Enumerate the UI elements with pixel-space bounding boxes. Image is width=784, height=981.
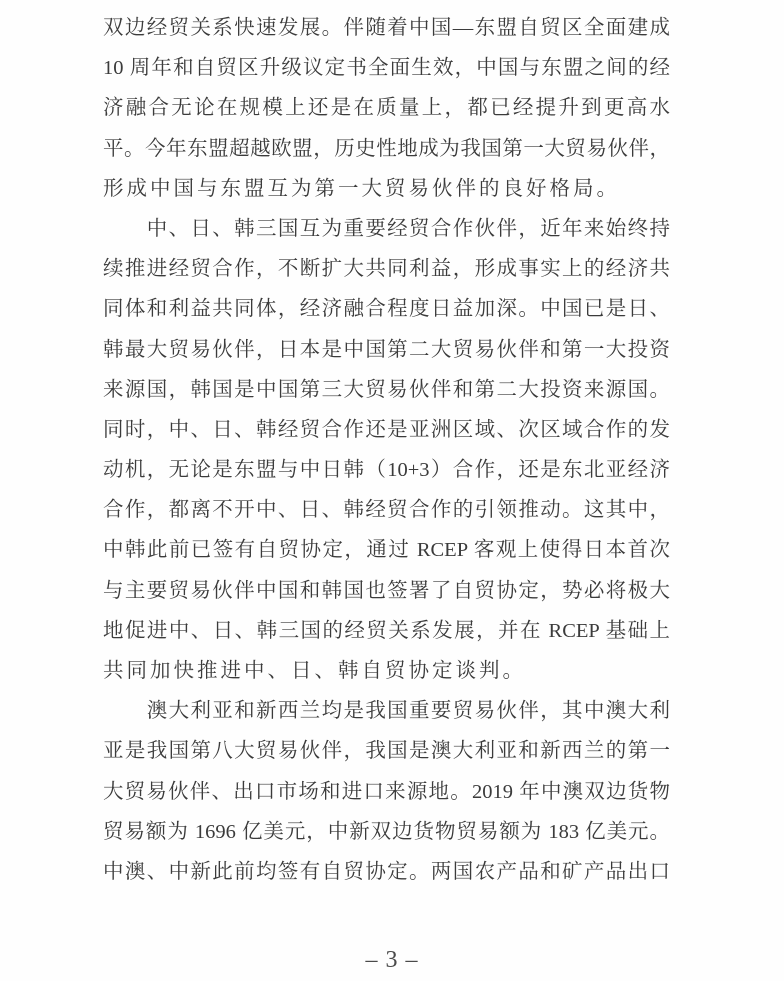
page-number: – 3 – xyxy=(0,946,784,974)
text-line: 同体和利益共同体，经济融合程度日益加深。中国已是日、 xyxy=(103,289,670,329)
text-line: 同时，中、日、韩经贸合作还是亚洲区域、次区域合作的发 xyxy=(103,410,670,450)
text-line: 平。今年东盟超越欧盟，历史性地成为我国第一大贸易伙伴， xyxy=(103,129,670,169)
text-line: 地促进中、日、韩三国的经贸关系发展，并在 RCEP 基础上 xyxy=(103,611,670,651)
text-line: 合作，都离不开中、日、韩经贸合作的引领推动。这其中， xyxy=(103,490,670,530)
text-line: 中澳、中新此前均签有自贸协定。两国农产品和矿产品出口 xyxy=(103,852,670,892)
body-text: 双边经贸关系快速发展。伴随着中国—东盟自贸区全面建成10 周年和自贸区升级议定书… xyxy=(103,8,670,892)
text-line: 大贸易伙伴、出口市场和进口来源地。2019 年中澳双边货物 xyxy=(103,772,670,812)
text-line: 济融合无论在规模上还是在质量上，都已经提升到更高水 xyxy=(103,88,670,128)
text-line: 形成中国与东盟互为第一大贸易伙伴的良好格局。 xyxy=(103,169,670,209)
document-page: 双边经贸关系快速发展。伴随着中国—东盟自贸区全面建成10 周年和自贸区升级议定书… xyxy=(0,0,784,981)
text-line: 来源国，韩国是中国第三大贸易伙伴和第二大投资来源国。 xyxy=(103,370,670,410)
text-line: 中韩此前已签有自贸协定，通过 RCEP 客观上使得日本首次 xyxy=(103,530,670,570)
text-line: 与主要贸易伙伴中国和韩国也签署了自贸协定，势必将极大 xyxy=(103,571,670,611)
text-line: 10 周年和自贸区升级议定书全面生效，中国与东盟之间的经 xyxy=(103,48,670,88)
text-line: 续推进经贸合作，不断扩大共同利益，形成事实上的经济共 xyxy=(103,249,670,289)
text-line: 双边经贸关系快速发展。伴随着中国—东盟自贸区全面建成 xyxy=(103,8,670,48)
text-line: 中、日、韩三国互为重要经贸合作伙伴，近年来始终持 xyxy=(103,209,670,249)
text-line: 动机，无论是东盟与中日韩（10+3）合作，还是东北亚经济 xyxy=(103,450,670,490)
text-line: 韩最大贸易伙伴，日本是中国第二大贸易伙伴和第一大投资 xyxy=(103,330,670,370)
text-line: 贸易额为 1696 亿美元，中新双边货物贸易额为 183 亿美元。 xyxy=(103,812,670,852)
text-line: 澳大利亚和新西兰均是我国重要贸易伙伴，其中澳大利 xyxy=(103,691,670,731)
text-line: 亚是我国第八大贸易伙伴，我国是澳大利亚和新西兰的第一 xyxy=(103,731,670,771)
text-line: 共同加快推进中、日、韩自贸协定谈判。 xyxy=(103,651,670,691)
